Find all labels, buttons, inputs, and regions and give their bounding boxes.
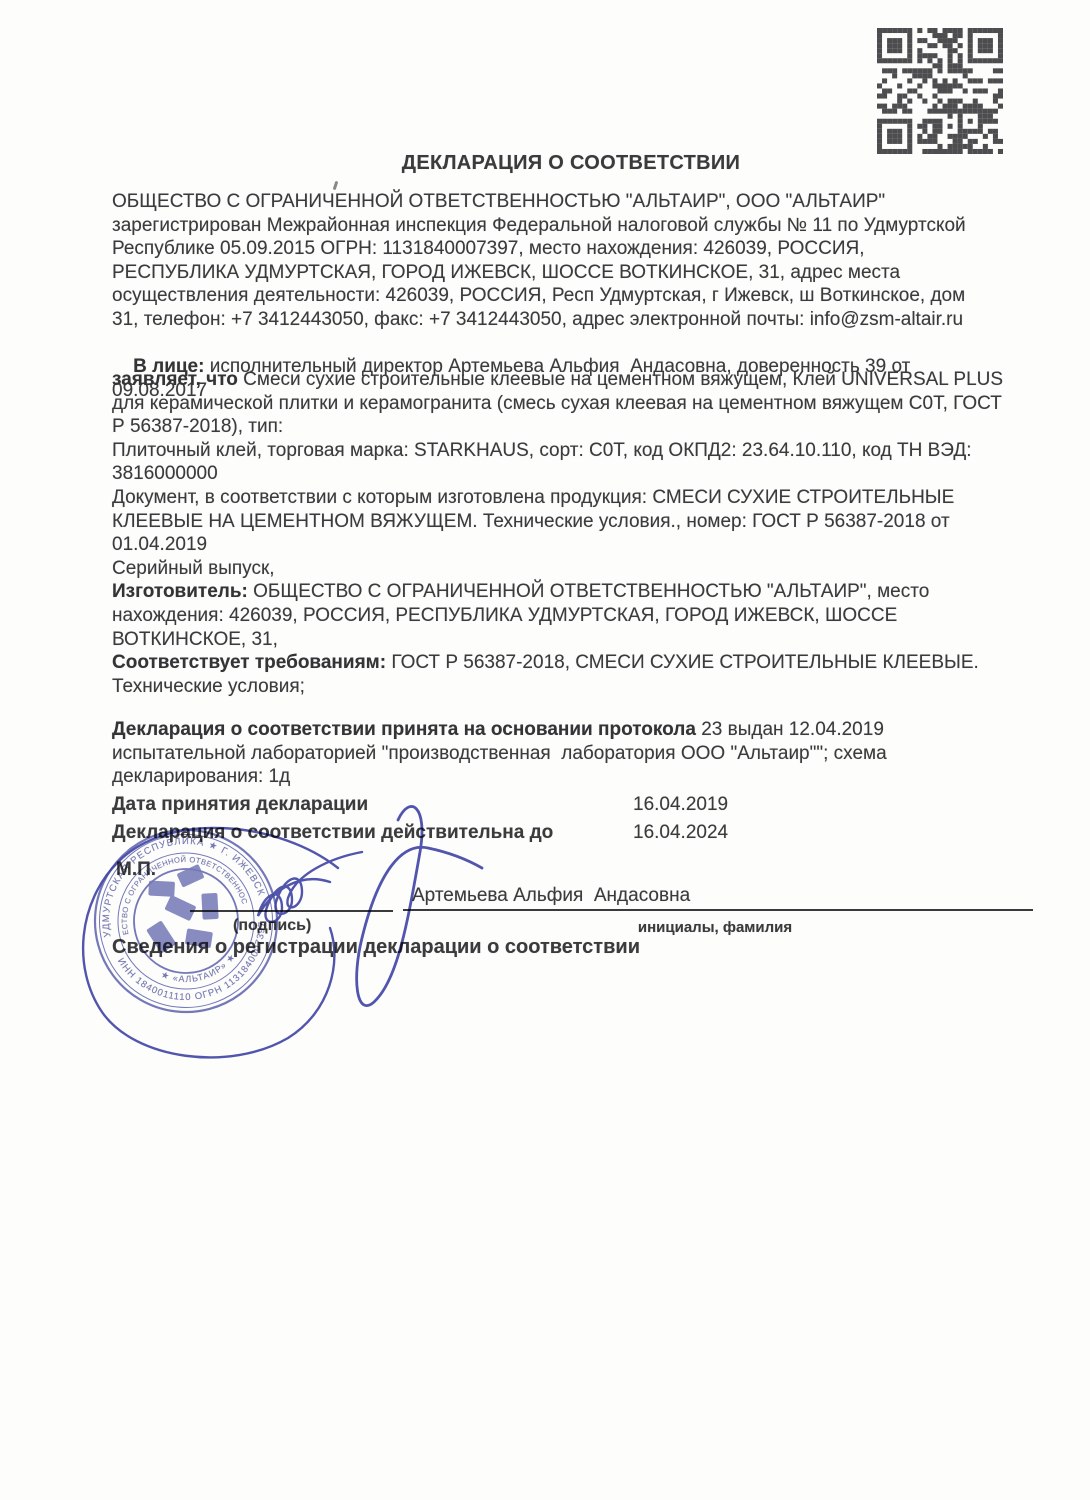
declaration-document: ДЕКЛАРАЦИЯ О СООТВЕТСТВИИ ОБЩЕСТВО С ОГР…: [0, 0, 1090, 1500]
declaration-statement: заявляет, что Смеси сухие строительные к…: [112, 368, 1005, 698]
date-accepted-label: Дата принятия декларации: [112, 794, 368, 815]
signatory-name: Артемьева Альфия Андасовна: [412, 884, 690, 908]
signature-caption: (подпись): [233, 914, 311, 938]
product-line: Плиточный клей, торговая марка: STARKHAU…: [112, 439, 1005, 486]
qr-code-icon: [877, 28, 1003, 154]
basis-paragraph: Декларация о соответствии принята на осн…: [112, 718, 912, 789]
document-line: Документ, в соответствии с которым изгот…: [112, 486, 1005, 557]
declares-line: заявляет, что Смеси сухие строительные к…: [112, 368, 1005, 439]
serial-line: Серийный выпуск,: [112, 557, 1005, 581]
compliance-line: Соответствует требованиям: ГОСТ Р 56387-…: [112, 651, 1005, 698]
date-accepted-value: 16.04.2019: [633, 793, 728, 817]
declares-label: заявляет, что: [112, 369, 238, 390]
signature-line: [190, 910, 393, 912]
compliance-label: Соответствует требованиям:: [112, 652, 386, 673]
date-accepted-row: Дата принятия декларации 16.04.2019: [112, 793, 990, 821]
date-valid-until-label: Декларация о соответствии действительна …: [112, 822, 553, 843]
declares-text: Смеси сухие строительные клеевые на цеме…: [112, 369, 1008, 437]
name-line: [403, 909, 1033, 911]
date-valid-until-row: Декларация о соответствии действительна …: [112, 821, 990, 849]
registration-info-heading: Сведения о регистрации декларации о соот…: [112, 936, 640, 960]
manufacturer-label: Изготовитель:: [112, 581, 248, 602]
manufacturer-line: Изготовитель: ОБЩЕСТВО С ОГРАНИЧЕННОЙ ОТ…: [112, 580, 1005, 651]
basis-label: Декларация о соответствии принята на осн…: [112, 719, 696, 740]
stamp-place-label: М.П.: [116, 858, 156, 882]
date-valid-until-value: 16.04.2024: [633, 821, 728, 845]
qr-code: [877, 28, 1003, 154]
scan-artifact: [333, 181, 339, 190]
dates-block: Дата принятия декларации 16.04.2019 Декл…: [112, 793, 990, 849]
applicant-text: ОБЩЕСТВО С ОГРАНИЧЕННОЙ ОТВЕТСТВЕННОСТЬЮ…: [112, 191, 971, 330]
document-title: ДЕКЛАРАЦИЯ О СООТВЕТСТВИИ: [132, 152, 1010, 176]
